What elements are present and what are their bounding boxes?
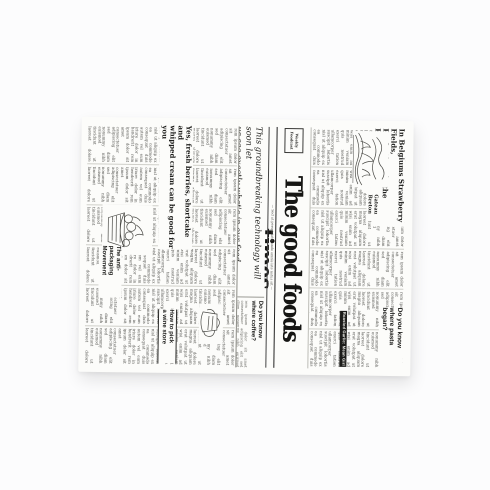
headline-line: whipped cream can be good for you: [159, 125, 177, 249]
headline-coffee: Do you know where coffee?: [248, 300, 263, 367]
text-column: rem ipsum dolor sit amet consectetuer ad…: [309, 247, 404, 289]
edition-box: Weekly Foodcast: [284, 128, 303, 153]
text-snippet: rem ipsum dolor sit amet consectetuer ad…: [236, 300, 248, 367]
headline-antipackaging: The anti-packaging Movement: [98, 245, 122, 297]
coffee-article: Do you know where coffee? rem ipsum dolo…: [236, 300, 263, 367]
headline-line: a wine store: [160, 309, 168, 363]
headline-line: Do you know: [395, 307, 403, 369]
coffee-pot-etching-illustration: [199, 303, 224, 343]
headline-line: where coffee?: [248, 300, 256, 367]
column-rule: [237, 296, 264, 297]
headline-berries: Yes, fresh berries, shortcake and whippe…: [158, 125, 194, 249]
headline-line: The anti-packaging: [106, 245, 121, 297]
newspaper-page: rem ipsum dolor sit amet consectetuer ad…: [81, 119, 410, 375]
headline-line: Yes, fresh berries, shortcake and: [175, 125, 193, 249]
subhead-band: This groundbreaking technology will soon…: [235, 126, 266, 367]
product-photo-backdrop: rem ipsum dolor sit amet consectetuer ad…: [0, 0, 490, 490]
edition-box-line: Foodcast: [289, 129, 294, 152]
headline-line: Movement: [99, 245, 107, 297]
headline-line: How to pick: [167, 309, 175, 363]
field-etching-illustration: [352, 130, 389, 186]
top-section: rem ipsum dolor sit amet consectetuer ad…: [307, 127, 405, 369]
kicker-bar: Roasted Garlic: Mean Girl: [340, 310, 347, 366]
headline-pasta: Do you know where pasta began?: [379, 307, 403, 369]
headline-line: In Belgiums Strawberry Fields,: [388, 128, 405, 226]
headline-wine: How to pick a wine store: [157, 309, 177, 363]
masthead-band: Weekly Foodcast The good foods times — S…: [263, 126, 310, 368]
headline-gateau: Gateau Breton: [366, 187, 378, 221]
edition-box-line: Weekly: [294, 129, 299, 152]
subheadline: This groundbreaking technology will soon…: [235, 126, 264, 292]
headline-line: Do you know: [255, 300, 263, 367]
headline-line: where pasta began?: [380, 307, 396, 369]
subheadline-line: This groundbreaking technology will soon…: [242, 126, 264, 292]
paper-sheet: rem ipsum dolor sit amet consectetuer ad…: [78, 117, 414, 377]
bottom-section: rem ipsum dolor sit amet consectetuer ad…: [84, 124, 237, 367]
